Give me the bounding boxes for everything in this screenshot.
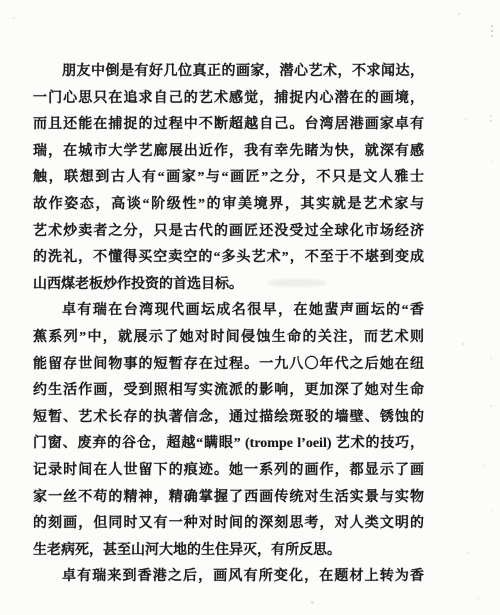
scan-speck bbox=[483, 465, 485, 467]
scan-speck bbox=[490, 510, 492, 512]
scan-speck bbox=[143, 41, 145, 43]
scan-streak bbox=[491, 25, 493, 39]
text-block: 朋友中倒是有好几位真正的画家，潜心艺术，不求闻达， 一门心思只在追求自己的艺术感… bbox=[33, 59, 424, 591]
text-line: 一门心思只在追求自己的艺术感觉，捕捉内心潜在的画境， bbox=[33, 86, 424, 113]
text-line: 蕉系列”中，就展示了她对时间侵蚀生命的关注，而艺术则 bbox=[33, 325, 424, 352]
text-line: 记录时间在人世留下的痕迹。她一系列的画作，都显示了画 bbox=[33, 458, 424, 485]
text-line: 瑞，在城市大学艺廊展出近作，我有幸先睹为快，就深有感 bbox=[33, 139, 424, 166]
scan-speck bbox=[467, 552, 469, 554]
scan-speck bbox=[490, 405, 492, 407]
text-line: 家一丝不苟的精神，精确掌握了西画传统对生活实景与实物 bbox=[33, 485, 424, 512]
text-line: 短暂、艺术长存的执著信念，通过描绘斑驳的墙壁、锈蚀的 bbox=[33, 405, 424, 432]
scan-speck bbox=[490, 357, 492, 359]
scan-speck bbox=[13, 17, 15, 19]
page: 朋友中倒是有好几位真正的画家，潜心艺术，不求闻达， 一门心思只在追求自己的艺术感… bbox=[0, 0, 500, 615]
scan-streak bbox=[490, 115, 492, 123]
text-line: 而且还能在捕捉的过程中不断超越自己。台湾居港画家卓有 bbox=[33, 112, 424, 139]
scan-smudge bbox=[268, 279, 326, 287]
scan-speck bbox=[458, 13, 460, 15]
scan-speck bbox=[311, 601, 314, 604]
text-line: 能留存世间物事的短暂存在过程。一九八〇年代之后她在纽 bbox=[33, 352, 424, 379]
text-line: 卓有瑞在台湾现代画坛成名很早，在她蜚声画坛的“香 bbox=[33, 298, 424, 325]
text-line: 故作姿态，高谈“阶级性”的审美境界，其实就是艺术家与 bbox=[33, 192, 424, 219]
text-line: 山西煤老板炒作投资的首选目标。 bbox=[33, 272, 424, 299]
text-line: 朋友中倒是有好几位真正的画家，潜心艺术，不求闻达， bbox=[33, 59, 424, 86]
scan-speck bbox=[490, 160, 492, 162]
text-line: 门窗、废弃的谷仓，超越“瞒眼” (trompe l’oeil) 艺术的技巧， bbox=[33, 431, 424, 458]
text-line: 艺术炒卖者之分，只是古代的画匠还没受过全球化市场经济 bbox=[33, 219, 424, 246]
text-line: 的洗礼，不懂得买空卖空的“多头艺术”，不至于不堪到变成 bbox=[33, 245, 424, 272]
scan-speck bbox=[465, 118, 467, 120]
text-line: 约生活作画，受到照相写实流派的影响，更加深了她对生命 bbox=[33, 378, 424, 405]
text-line: 触，联想到古人有“画家”与“画匠”之分，不只是文人雅士 bbox=[33, 165, 424, 192]
text-line: 的刻画，但同时又有一种对时间的深刻思考，对人类文明的 bbox=[33, 511, 424, 538]
text-line: 卓有瑞来到香港之后，画风有所变化，在题材上转为香 bbox=[33, 564, 424, 591]
scan-speck bbox=[462, 343, 464, 345]
text-line: 生老病死，甚至山河大地的生住异灭，有所反思。 bbox=[33, 538, 424, 565]
scan-speck bbox=[477, 597, 479, 599]
